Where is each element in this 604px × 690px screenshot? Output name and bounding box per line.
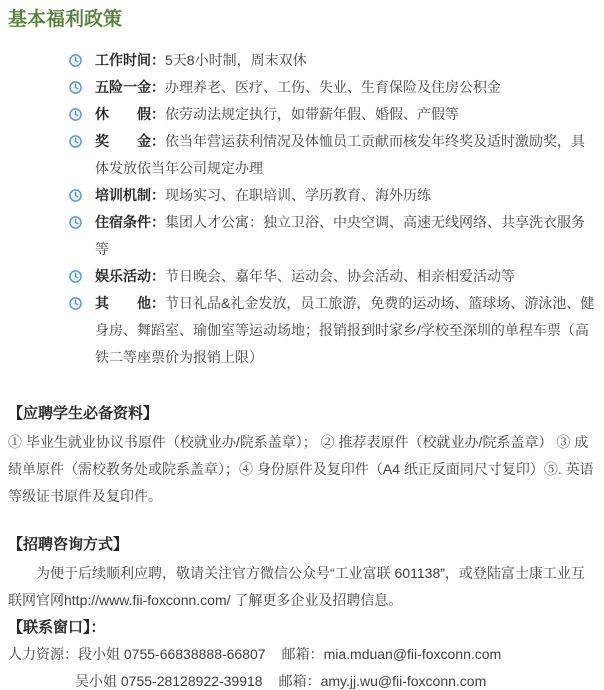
benefit-item-insurance: 五险一金：办理养老、医疗、工伤、失业、生育保险及住房公积金 <box>8 74 596 101</box>
benefit-text: 节日晚会、嘉年华、运动会、协会活动、相亲相爱活动等 <box>165 268 515 284</box>
benefit-text: 5天8小时制，周末双休 <box>165 52 307 68</box>
clock-icon <box>69 135 82 148</box>
benefits-list: 工作时间：5天8小时制，周末双休 五险一金：办理养老、医疗、工伤、失业、生育保险… <box>8 47 596 371</box>
benefit-colon: ： <box>151 52 165 68</box>
benefit-item-work-hours: 工作时间：5天8小时制，周末双休 <box>8 47 596 74</box>
clock-icon <box>69 297 82 310</box>
section-header-required-materials: 【应聘学生必备资料】 <box>8 400 596 427</box>
benefit-label: 奖 金 <box>95 133 151 149</box>
section-header-contact: 【联系窗口】： <box>8 614 596 641</box>
clock-icon <box>69 81 82 94</box>
consultation-paragraph: 为便于后续顺利应聘，敬请关注官方微信公众号“工业富联 601138”，或登陆富士… <box>8 560 596 614</box>
page-title: 基本福利政策 <box>8 8 596 32</box>
benefit-item-bonus: 奖 金：依当年营运获利情况及体恤员工贡献而核发年终奖及适时激励奖，具体发放依当年… <box>8 128 596 182</box>
contact-person: 段小姐 0755-66838888-66807 <box>78 646 266 662</box>
email-address: mia.mduan@fii-foxconn.com <box>324 646 502 662</box>
benefit-text: 节日礼品&礼金发放，员工旅游，免费的运动场、篮球场、游泳池、健身房、舞蹈室、瑜伽… <box>95 295 594 365</box>
benefit-item-housing: 住宿条件：集团人才公寓：独立卫浴、中央空调、高速无线网络、共享洗衣服务等 <box>8 209 596 263</box>
document-page: { "page": { "title": "基本福利政策" }, "colors… <box>0 0 604 690</box>
benefit-item-other: 其 他：节日礼品&礼金发放，员工旅游，免费的运动场、篮球场、游泳池、健身房、舞蹈… <box>8 290 596 371</box>
email-label: 邮箱： <box>279 673 321 689</box>
benefit-label: 住宿条件 <box>95 214 151 230</box>
section-header-consultation: 【招聘咨询方式】 <box>8 531 596 558</box>
benefit-colon: ： <box>151 214 165 230</box>
benefit-item-training: 培训机制：现场实习、在职培训、学历教育、海外历练 <box>8 182 596 209</box>
benefit-label: 五险一金 <box>95 79 151 95</box>
required-materials-text: ① 毕业生就业协议书原件（校就业办/院系盖章）； ② 推荐表原件（校就业办/院系… <box>8 429 596 510</box>
email-address: amy.jj.wu@fii-foxconn.com <box>321 673 487 689</box>
benefit-text: 依当年营运获利情况及体恤员工贡献而核发年终奖及适时激励奖，具体发放依当年公司规定… <box>95 133 585 176</box>
consultation-text-after: 了解更多企业及招聘信息。 <box>231 592 403 608</box>
contact-person: 吴小姐 0755-28128922-39918 <box>75 673 263 689</box>
clock-icon <box>69 108 82 121</box>
benefit-colon: ： <box>151 79 165 95</box>
benefit-text: 集团人才公寓：独立卫浴、中央空调、高速无线网络、共享洗衣服务等 <box>95 214 585 257</box>
email-label: 邮箱： <box>282 646 324 662</box>
website-url[interactable]: http://www.fii-foxconn.com/ <box>64 592 231 608</box>
clock-icon <box>69 216 82 229</box>
clock-icon <box>69 270 82 283</box>
benefit-item-entertainment: 娱乐活动：节日晚会、嘉年华、运动会、协会活动、相亲相爱活动等 <box>8 263 596 290</box>
benefit-text: 现场实习、在职培训、学历教育、海外历练 <box>165 187 431 203</box>
benefit-item-leave: 休 假：依劳动法规定执行，如带薪年假、婚假、产假等 <box>8 101 596 128</box>
benefit-label: 培训机制 <box>95 187 151 203</box>
benefit-label: 工作时间 <box>95 52 151 68</box>
benefit-colon: ： <box>151 133 165 149</box>
benefit-colon: ： <box>151 106 165 122</box>
contact-row: 人力资源：段小姐 0755-66838888-66807邮箱：mia.mduan… <box>8 641 596 668</box>
benefit-label: 休 假 <box>95 106 151 122</box>
clock-icon <box>69 189 82 202</box>
benefit-text: 办理养老、医疗、工伤、失业、生育保险及住房公积金 <box>165 79 501 95</box>
benefit-colon: ： <box>151 268 165 284</box>
department-label: 人力资源： <box>8 646 78 662</box>
contact-row: 吴小姐 0755-28128922-39918邮箱：amy.jj.wu@fii-… <box>8 668 596 690</box>
benefit-colon: ： <box>151 187 165 203</box>
benefit-label: 娱乐活动 <box>95 268 151 284</box>
benefit-colon: ： <box>151 295 165 311</box>
benefit-label: 其 他 <box>95 295 151 311</box>
benefit-text: 依劳动法规定执行，如带薪年假、婚假、产假等 <box>165 106 459 122</box>
clock-icon <box>69 54 82 67</box>
